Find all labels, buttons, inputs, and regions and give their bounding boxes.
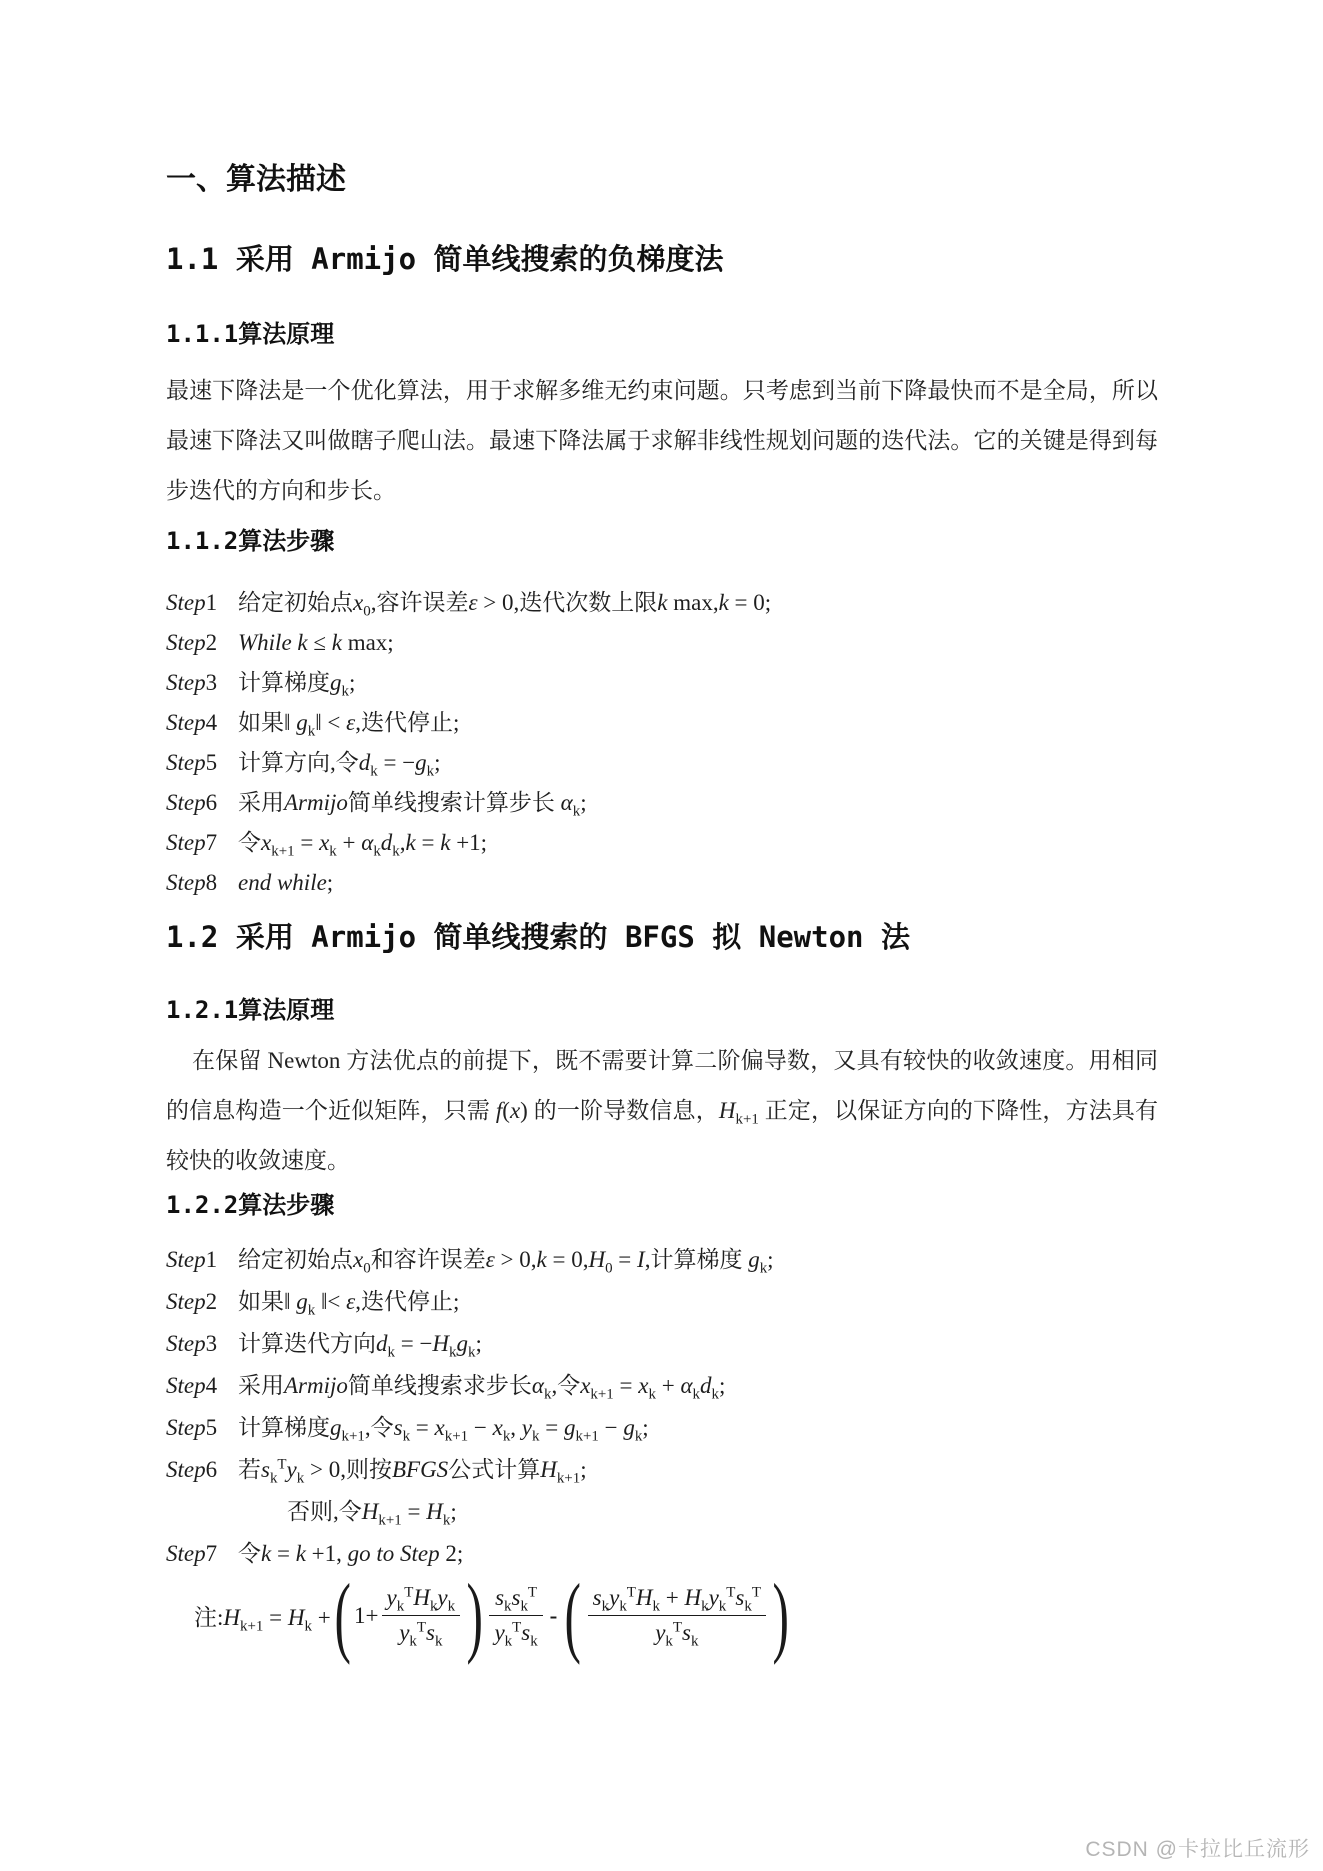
close-paren: ) — [772, 1571, 788, 1661]
step-text: While k ≤ k max; — [238, 623, 1158, 663]
step-text: 计算梯度gk+1,令sk = xk+1 − xk, yk = gk+1 − gk… — [238, 1407, 1158, 1449]
step-row: Step8 end while; — [166, 863, 1158, 903]
section-1-1-title: 1.1 采用 Armijo 简单线搜索的负梯度法 — [166, 241, 1158, 279]
minus-sign: - — [550, 1603, 558, 1629]
section-1-2-1-title: 1.2.1算法原理 — [166, 995, 1158, 1026]
step-text: 采用Armijo简单线搜索计算步长 αk; — [238, 783, 1158, 823]
step-label: Step2 — [166, 1281, 238, 1323]
csdn-watermark: CSDN @卡拉比丘流形 — [1085, 1833, 1310, 1863]
section-1-2-title: 1.2 采用 Armijo 简单线搜索的 BFGS 拟 Newton 法 — [166, 919, 1158, 957]
step-text: 采用Armijo简单线搜索求步长αk,令xk+1 = xk + αkdk; — [238, 1365, 1158, 1407]
step-text: 计算迭代方向dk = −Hkgk; — [238, 1323, 1158, 1365]
fraction-3: skykTHk + HkykTskT ykTsk — [588, 1585, 766, 1646]
section-1-2-2-title: 1.2.2算法步骤 — [166, 1190, 1158, 1221]
fraction-denominator: ykTsk — [489, 1616, 542, 1646]
gradient-descent-steps: Step1 给定初始点x0,容许误差ε > 0,迭代次数上限k max,k = … — [166, 583, 1158, 903]
step-label: Step6 — [166, 783, 238, 823]
step-text: 若skTyk > 0,则按BFGS公式计算Hk+1; — [238, 1449, 1158, 1491]
step-text: 给定初始点x0和容许误差ε > 0,k = 0,H0 = I,计算梯度 gk; — [238, 1239, 1158, 1281]
step-row: Step6 采用Armijo简单线搜索计算步长 αk; — [166, 783, 1158, 823]
step-label: Step3 — [166, 1323, 238, 1365]
formula-lhs: 注:Hk+1 = Hk + — [194, 1599, 331, 1632]
step-row: Step2 While k ≤ k max; — [166, 623, 1158, 663]
step-text: 给定初始点x0,容许误差ε > 0,迭代次数上限k max,k = 0; — [238, 583, 1158, 623]
bfgs-principle-paragraph: 在保留 Newton 方法优点的前提下，既不需要计算二阶偏导数，又具有较快的收敛… — [166, 1036, 1158, 1186]
step-text: end while; — [238, 863, 1158, 903]
step-label: Step4 — [166, 703, 238, 743]
step-row: Step7 令xk+1 = xk + αkdk,k = k +1; — [166, 823, 1158, 863]
step-label: Step4 — [166, 1365, 238, 1407]
step-label: Step7 — [166, 1533, 238, 1575]
fraction-1: ykTHkyk ykTsk — [382, 1585, 461, 1646]
step-text: 计算梯度gk; — [238, 663, 1158, 703]
step-row: Step5 计算梯度gk+1,令sk = xk+1 − xk, yk = gk+… — [166, 1407, 1158, 1449]
step-text: 如果‖ gk ‖< ε,迭代停止; — [238, 1281, 1158, 1323]
formula-one-plus: 1+ — [354, 1603, 378, 1629]
step-text: 如果‖ gk‖ < ε,迭代停止; — [238, 703, 1158, 743]
step-label: Step2 — [166, 623, 238, 663]
doc-title: 一、算法描述 — [166, 160, 1158, 199]
step-label: Step8 — [166, 863, 238, 903]
step-row: Step1 给定初始点x0,容许误差ε > 0,迭代次数上限k max,k = … — [166, 583, 1158, 623]
fraction-denominator: ykTsk — [382, 1616, 461, 1646]
fraction-numerator: ykTHkyk — [382, 1585, 461, 1616]
open-paren: ( — [334, 1571, 350, 1661]
step-row: Step6 若skTyk > 0,则按BFGS公式计算Hk+1; — [166, 1449, 1158, 1491]
step-text: 否则,令Hk+1 = Hk; — [238, 1491, 1158, 1533]
section-1-1-1-title: 1.1.1算法原理 — [166, 319, 1158, 350]
document-content: 一、算法描述 1.1 采用 Armijo 简单线搜索的负梯度法 1.1.1算法原… — [166, 160, 1158, 1646]
step-row: Step4 如果‖ gk‖ < ε,迭代停止; — [166, 703, 1158, 743]
step-label: Step3 — [166, 663, 238, 703]
step-row-else-branch: 否则,令Hk+1 = Hk; — [166, 1491, 1158, 1533]
step-row: Step5 计算方向,令dk = −gk; — [166, 743, 1158, 783]
fraction-numerator: skskT — [489, 1585, 542, 1616]
bfgs-update-formula: 注:Hk+1 = Hk + ( 1+ ykTHkyk ykTsk ) skskT… — [166, 1585, 1158, 1646]
open-paren: ( — [565, 1571, 581, 1661]
step-label: Step5 — [166, 1407, 238, 1449]
steepest-descent-principle-paragraph: 最速下降法是一个优化算法，用于求解多维无约束问题。只考虑到当前下降最快而不是全局… — [166, 366, 1158, 516]
step-label: Step6 — [166, 1449, 238, 1491]
section-1-1-2-title: 1.1.2算法步骤 — [166, 526, 1158, 557]
step-row: Step1 给定初始点x0和容许误差ε > 0,k = 0,H0 = I,计算梯… — [166, 1239, 1158, 1281]
step-row: Step3 计算迭代方向dk = −Hkgk; — [166, 1323, 1158, 1365]
step-text: 令k = k +1, go to Step 2; — [238, 1533, 1158, 1575]
step-row: Step2 如果‖ gk ‖< ε,迭代停止; — [166, 1281, 1158, 1323]
fraction-2: skskT ykTsk — [489, 1585, 542, 1646]
document-page: 一、算法描述 1.1 采用 Armijo 简单线搜索的负梯度法 1.1.1算法原… — [0, 0, 1323, 1871]
step-label: Step7 — [166, 823, 238, 863]
step-text: 令xk+1 = xk + αkdk,k = k +1; — [238, 823, 1158, 863]
step-row: Step3 计算梯度gk; — [166, 663, 1158, 703]
step-label: Step1 — [166, 1239, 238, 1281]
fraction-denominator: ykTsk — [588, 1616, 766, 1646]
step-label: Step1 — [166, 583, 238, 623]
step-label: Step5 — [166, 743, 238, 783]
bfgs-steps: Step1 给定初始点x0和容许误差ε > 0,k = 0,H0 = I,计算梯… — [166, 1239, 1158, 1575]
close-paren: ) — [467, 1571, 483, 1661]
step-row: Step4 采用Armijo简单线搜索求步长αk,令xk+1 = xk + αk… — [166, 1365, 1158, 1407]
step-row: Step7 令k = k +1, go to Step 2; — [166, 1533, 1158, 1575]
step-text: 计算方向,令dk = −gk; — [238, 743, 1158, 783]
fraction-numerator: skykTHk + HkykTskT — [588, 1585, 766, 1616]
